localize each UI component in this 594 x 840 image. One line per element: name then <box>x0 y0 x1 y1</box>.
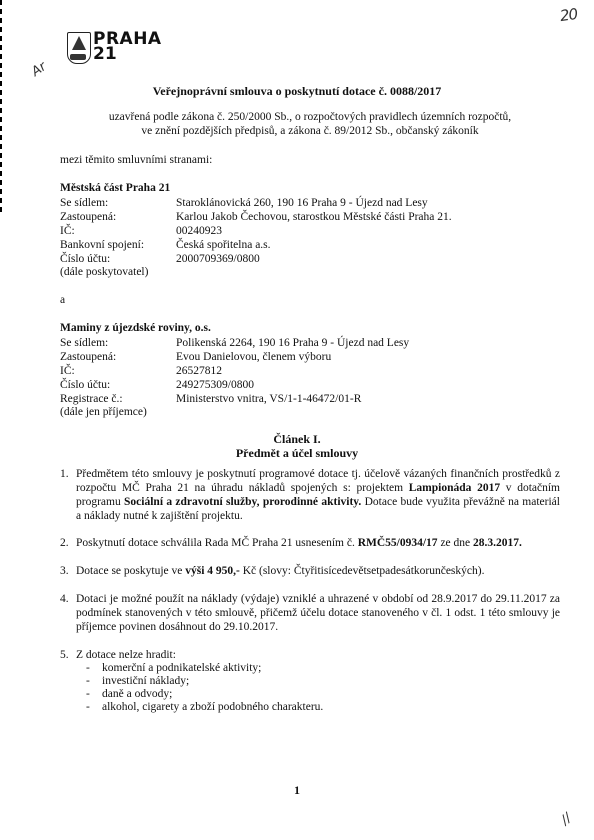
praha-21-logo: PRAHA 21 <box>67 32 162 64</box>
excluded-cost-item: -komerční a podnikatelské aktivity; <box>76 662 560 675</box>
article-item: 3. Dotace se poskytuje ve výši 4 950,- K… <box>60 564 560 578</box>
conjunction: a <box>60 294 65 306</box>
coat-of-arms-icon <box>67 32 91 64</box>
article-item: 2. Poskytnutí dotace schválila Rada MČ P… <box>60 536 560 550</box>
provider-field: Zastoupená:Karlou Jakob Čechovou, staros… <box>60 210 452 224</box>
provider-name: Městská část Praha 21 <box>60 182 170 194</box>
scan-edge-line <box>0 0 2 215</box>
excluded-cost-item: -investiční náklady; <box>76 675 560 688</box>
document-subtitle: uzavřená podle zákona č. 250/2000 Sb., o… <box>60 110 560 138</box>
article-number: Článek I. <box>0 432 594 447</box>
recipient-field: Se sídlem:Polikenská 2264, 190 16 Praha … <box>60 336 409 350</box>
handwritten-initials: Ar <box>29 59 49 79</box>
parties-intro: mezi těmito smluvními stranami: <box>60 154 212 166</box>
logo-text-21: 21 <box>93 47 162 62</box>
recipient-note: (dále jen příjemce) <box>60 406 147 418</box>
article-items: 1. Předmětem této smlouvy je poskytnutí … <box>60 467 560 714</box>
subtitle-line: uzavřená podle zákona č. 250/2000 Sb., o… <box>60 110 560 124</box>
article-item: 4. Dotaci je možné použít na náklady (vý… <box>60 592 560 634</box>
article-item: 5. Z dotace nelze hradit: -komerční a po… <box>60 648 560 714</box>
provider-field: Číslo účtu:2000709369/0800 <box>60 252 260 266</box>
excluded-cost-item: -alkohol, cigarety a zboží podobného cha… <box>76 701 560 714</box>
provider-field: IČ:00240923 <box>60 224 222 238</box>
recipient-field: Zastoupená:Evou Danielovou, členem výbor… <box>60 350 331 364</box>
page-number: 1 <box>0 783 594 798</box>
handwritten-mark: // <box>558 811 574 828</box>
recipient-name: Maminy z újezdské roviny, o.s. <box>60 322 211 334</box>
excluded-cost-item: -daně a odvody; <box>76 688 560 701</box>
recipient-field: Číslo účtu:249275309/0800 <box>60 378 254 392</box>
provider-field: Bankovní spojení:Česká spořitelna a.s. <box>60 238 271 252</box>
recipient-field: Registrace č.:Ministerstvo vnitra, VS/1-… <box>60 392 361 406</box>
article-heading: Předmět a účel smlouvy <box>0 446 594 461</box>
provider-field: Se sídlem:Staroklánovická 260, 190 16 Pr… <box>60 196 428 210</box>
subtitle-line: ve znění pozdějších předpisů, a zákona č… <box>60 124 560 138</box>
document-title: Veřejnoprávní smlouva o poskytnutí dotac… <box>0 84 594 99</box>
excluded-costs-list: -komerční a podnikatelské aktivity; -inv… <box>76 662 560 714</box>
handwritten-page-number: 20 <box>559 5 578 25</box>
provider-note: (dále poskytovatel) <box>60 266 148 278</box>
article-item: 1. Předmětem této smlouvy je poskytnutí … <box>60 467 560 523</box>
recipient-field: IČ:26527812 <box>60 364 222 378</box>
